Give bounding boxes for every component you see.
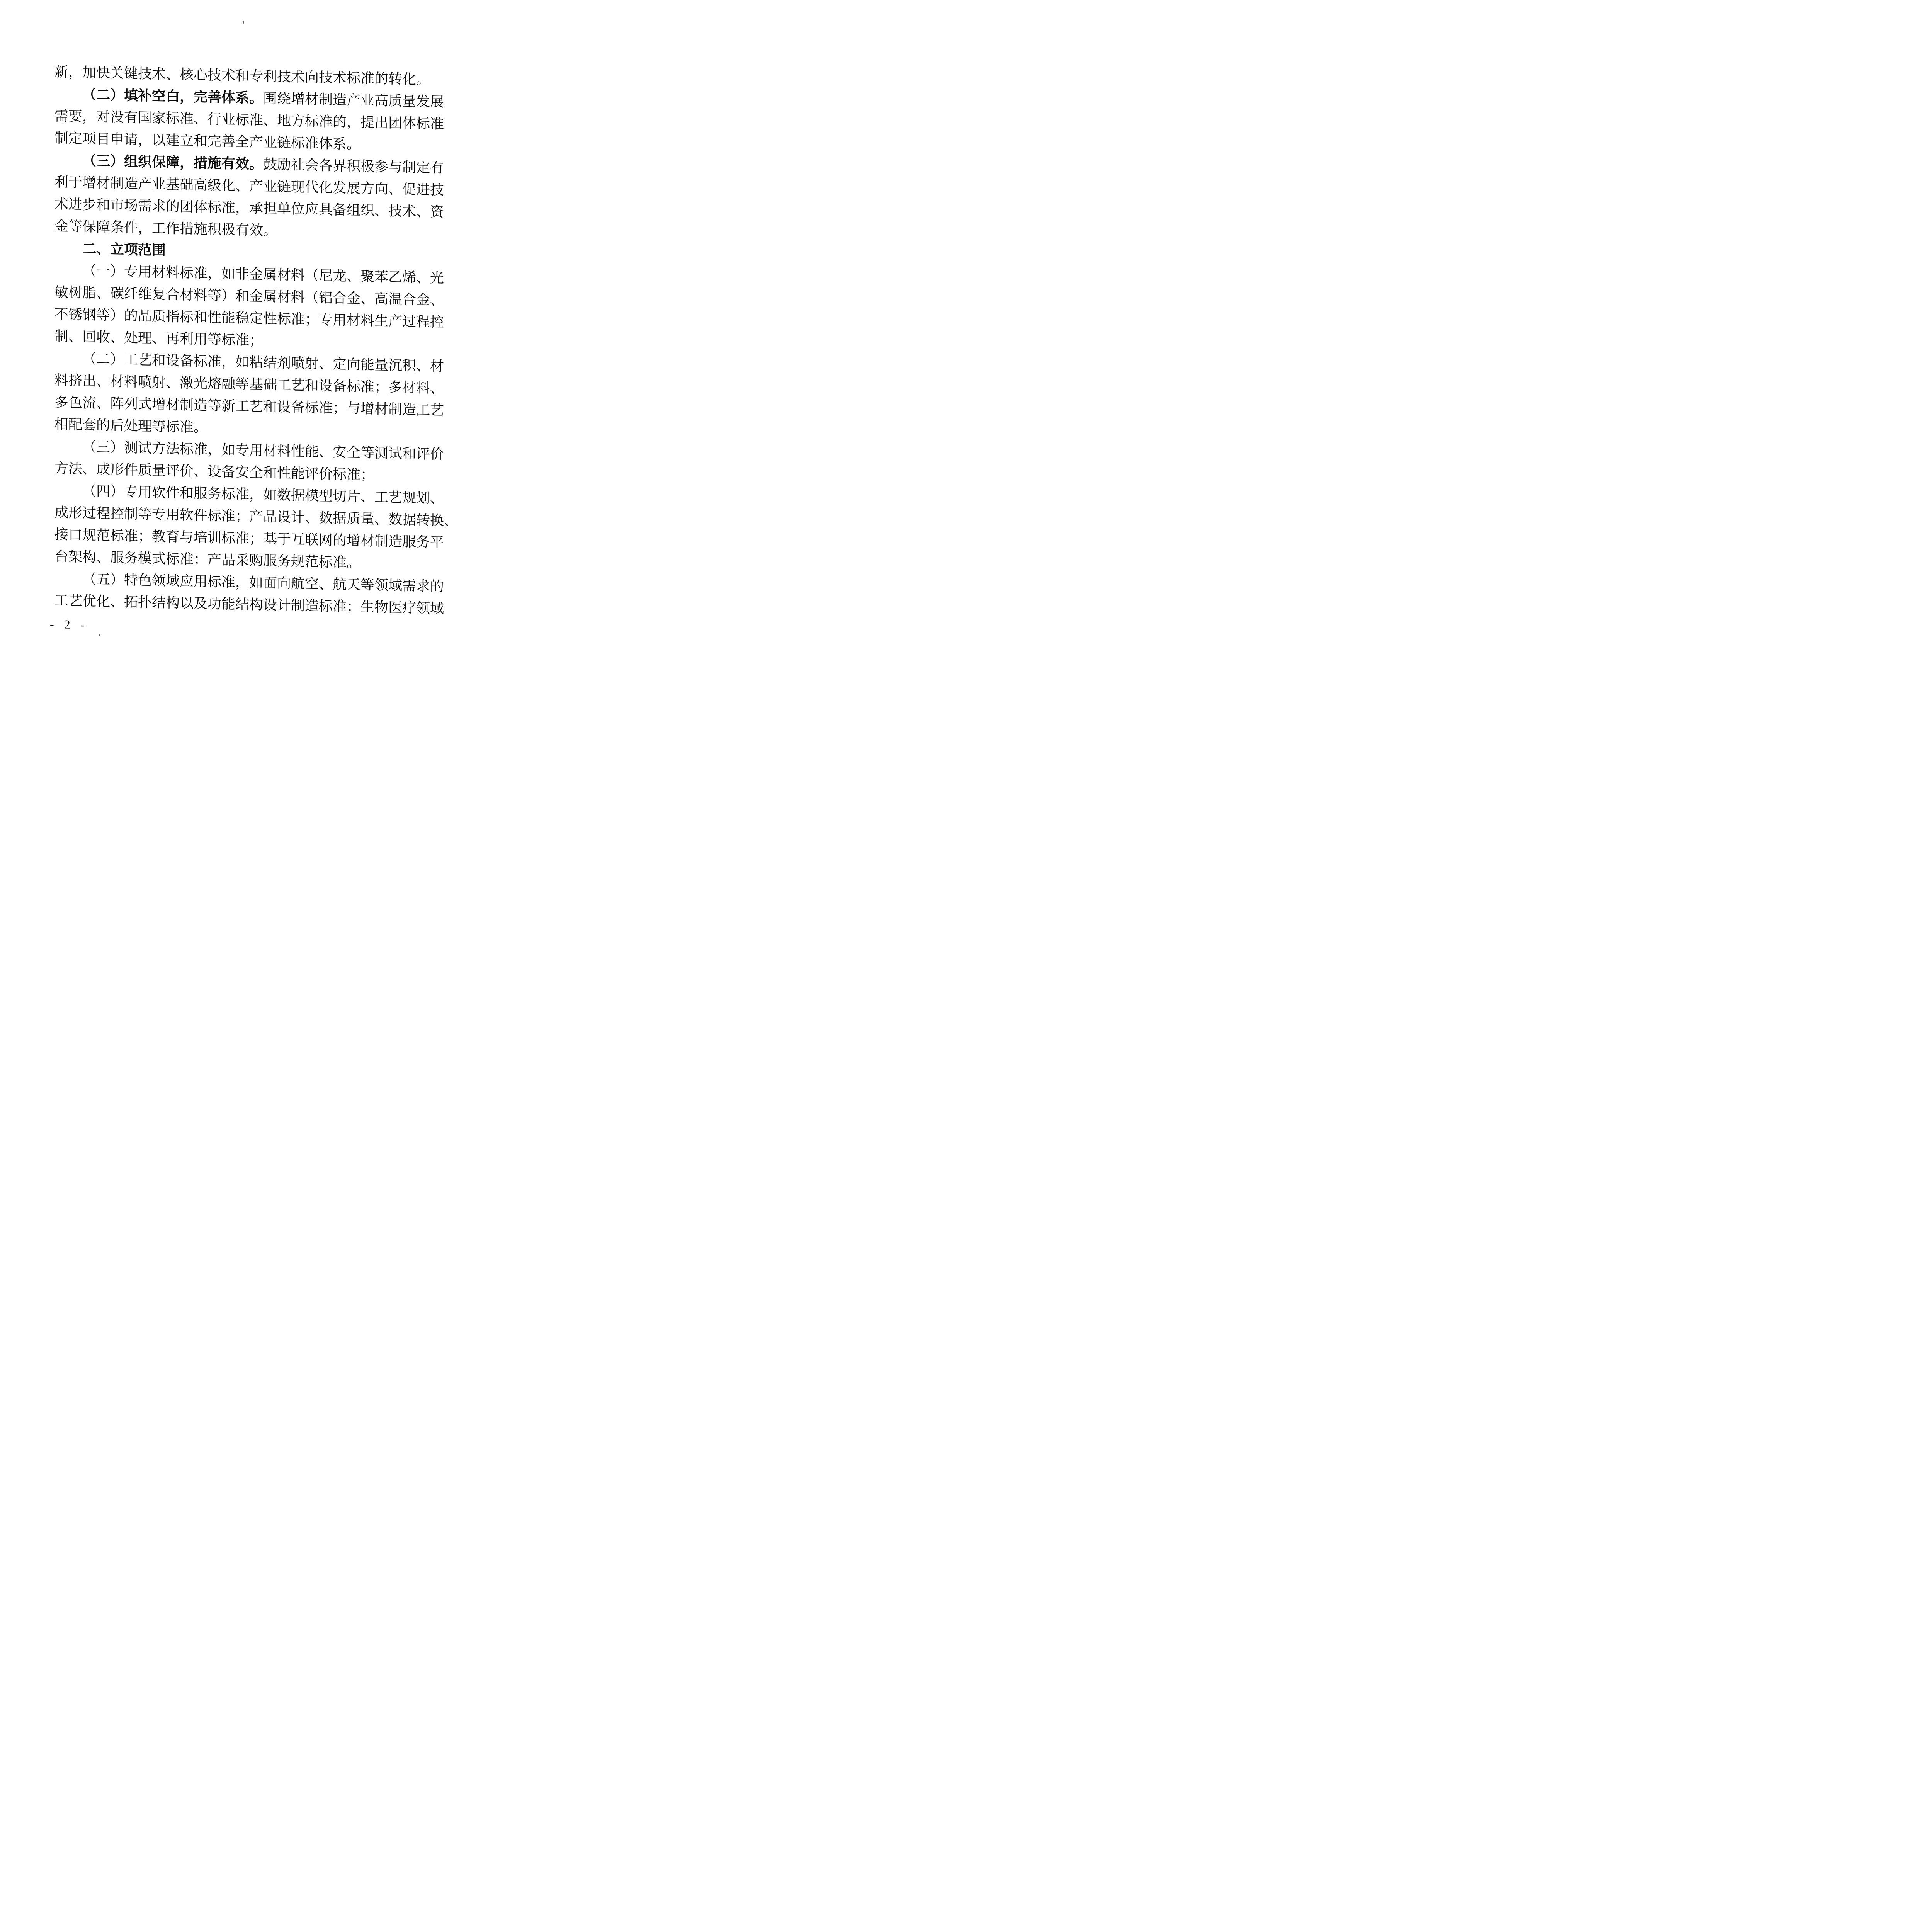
scan-speck [99,634,100,636]
text-run: 围绕增材制造产业高质量发展 [263,90,444,110]
text-run: 方法、成形件质量评价、设备安全和性能评价标准； [54,461,374,483]
text-run: 制、回收、处理、再利用等标准； [54,328,263,348]
text-run: 制定项目申请，以建立和完善全产业链标准体系。 [54,130,360,152]
text-run: （二）工艺和设备标准，如粘结剂喷射、定向能量沉积、材 [82,351,444,374]
bold-run: （二）填补空白，完善体系。 [82,87,263,106]
text-run: 相配套的后处理等标准。 [54,417,207,435]
text-run: （一）专用材料标准，如非金属材料（尼龙、聚苯乙烯、光 [82,263,444,286]
document-page: 新，加快关键技术、核心技术和专利技术向技术标准的转化。 （二）填补空白，完善体系… [0,0,479,678]
bold-run: 二、立项范围 [82,241,166,259]
document-body: 新，加快关键技术、核心技术和专利技术向技术标准的转化。 （二）填补空白，完善体系… [54,61,437,639]
page-number: - 2 - [50,617,437,639]
text-run: 台架构、服务模式标准；产品采购服务规范标准。 [54,549,360,571]
text-run: 金等保障条件，工作措施积极有效。 [54,218,277,238]
text-run: 鼓励社会各界积极参与制定有 [263,156,444,176]
bold-run: （三）组织保障，措施有效。 [82,153,263,172]
scan-speck [243,21,244,24]
text-run: （五）特色领域应用标准，如面向航空、航天等领域需求的 [82,571,444,595]
text-run: （三）测试方法标准，如专用材料性能、安全等测试和评价 [82,439,444,463]
text-run: （四）专用软件和服务标准，如数据模型切片、工艺规划、 [82,483,444,507]
text-run: 工艺优化、拓扑结构以及功能结构设计制造标准；生物医疗领域 [54,593,444,616]
